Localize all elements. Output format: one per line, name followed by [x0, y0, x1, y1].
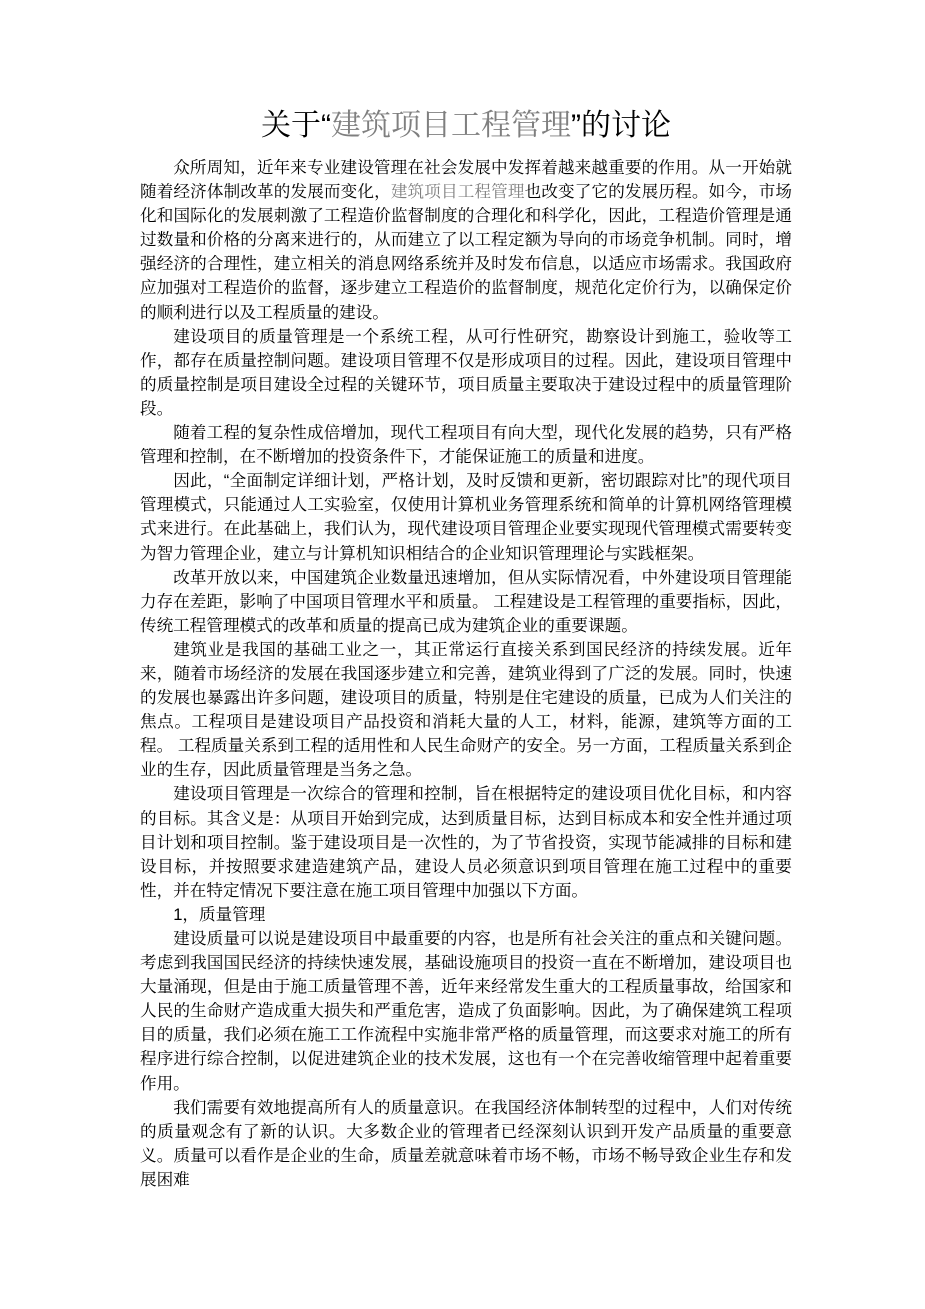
text-run: 建设项目的质量管理是一个系统工程，从可行性研究，勘察设计到施工，验收等工作，都存… — [140, 327, 792, 418]
keyword-highlight: 建筑项目工程管理 — [331, 109, 571, 142]
document-body: 众所周知，近年来专业建设管理在社会发展中发挥着越来越重要的作用。从一开始就随着经… — [140, 156, 792, 1192]
text-run: 改革开放以来，中国建筑企业数量迅速增加，但从实际情况看，中外建设项目管理能力存在… — [140, 568, 792, 635]
paragraph-quality-importance: 建设质量可以说是建设项目中最重要的内容，也是所有社会关注的重点和关键问题。考虑到… — [140, 927, 792, 1096]
text-run: ”的讨论 — [571, 109, 671, 142]
paragraph-complexity: 随着工程的复杂性成倍增加，现代工程项目有向大型，现代化发展的趋势，只有严格管理和… — [140, 421, 792, 469]
paragraph-quality-awareness: 我们需要有效地提高所有人的质量意识。在我国经济体制转型的过程中，人们对传统的质量… — [140, 1096, 792, 1192]
section-heading-quality: 1，质量管理 — [140, 903, 792, 927]
text-run: 1，质量管理 — [173, 905, 265, 924]
text-run: 建设项目管理是一次综合的管理和控制，旨在根据特定的建设项目优化目标，和内容的目标… — [140, 784, 792, 899]
paragraph-modern-model: 因此，“全面制定详细计划，严格计划，及时反馈和更新，密切跟踪对比”的现代项目管理… — [140, 469, 792, 565]
text-run: 因此，“全面制定详细计划，严格计划，及时反馈和更新，密切跟踪对比”的现代项目管理… — [140, 471, 792, 562]
document-page: 关于“建筑项目工程管理”的讨论 众所周知，近年来专业建设管理在社会发展中发挥着越… — [0, 0, 925, 1309]
keyword-highlight: 建筑项目工程管理 — [391, 182, 525, 201]
paragraph-reform: 改革开放以来，中国建筑企业数量迅速增加，但从实际情况看，中外建设项目管理能力存在… — [140, 566, 792, 638]
paragraph-intro: 众所周知，近年来专业建设管理在社会发展中发挥着越来越重要的作用。从一开始就随着经… — [140, 156, 792, 325]
paragraph-industry: 建筑业是我国的基础工业之一，其正常运行直接关系到国民经济的持续发展。近年来，随着… — [140, 638, 792, 783]
text-run: 我们需要有效地提高所有人的质量意识。在我国经济体制转型的过程中，人们对传统的质量… — [140, 1098, 792, 1189]
document-title: 关于“建筑项目工程管理”的讨论 — [140, 106, 792, 146]
text-run: 也改变了它的发展历程。如今，市场化和国际化的发展刺激了工程造价监督制度的合理化和… — [140, 182, 792, 321]
text-run: 建筑业是我国的基础工业之一，其正常运行直接关系到国民经济的持续发展。近年来，随着… — [140, 640, 792, 779]
text-run: 建设质量可以说是建设项目中最重要的内容，也是所有社会关注的重点和关键问题。考虑到… — [140, 929, 792, 1093]
paragraph-quality-system: 建设项目的质量管理是一个系统工程，从可行性研究，勘察设计到施工，验收等工作，都存… — [140, 325, 792, 421]
text-run: 随着工程的复杂性成倍增加，现代工程项目有向大型，现代化发展的趋势，只有严格管理和… — [140, 423, 792, 466]
text-run: 关于“ — [261, 109, 331, 142]
paragraph-project-management: 建设项目管理是一次综合的管理和控制，旨在根据特定的建设项目优化目标，和内容的目标… — [140, 782, 792, 902]
